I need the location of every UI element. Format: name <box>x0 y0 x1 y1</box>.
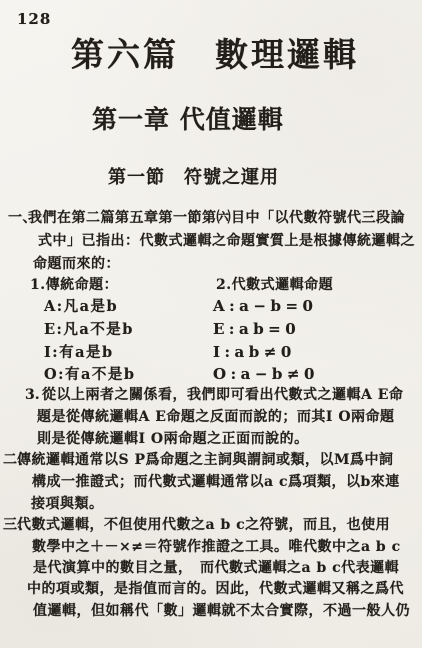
traditional-column-header: 1.傳統命題： <box>30 277 118 293</box>
list-marker-three-num: 3. <box>25 387 42 403</box>
paragraph-3-line-3: 是代演算中的數目之量， 而代數式邏輯之a b c代表邏輯 <box>33 560 399 576</box>
proposition-a-algebraic: A:a−b=0 <box>213 298 317 314</box>
part-title: 第六篇 數理邏輯 <box>71 29 359 76</box>
proposition-i-algebraic: I:ab≠0 <box>213 344 296 360</box>
page-number: 128 <box>17 10 51 28</box>
paragraph-3-line-1: 三、代數式邏輯，不但使用代數之a b c之符號，而且，也使用 <box>3 517 390 533</box>
section-title: 第一節 符號之運用 <box>108 163 279 189</box>
list-marker-san: 三、 <box>3 517 17 533</box>
proposition-a-traditional: A:凡a是b <box>44 299 118 315</box>
paragraph-1-line-2: 式中」已指出：代數式邏輯之命題實質上是根據傳統邏輯之 <box>38 233 415 249</box>
note-3-line-2: 題是從傳統邏輯A E命題之反面而說的；而其I O兩命題 <box>37 409 395 425</box>
paragraph-3-text: 代數式邏輯，不但使用代數之a b c之符號，而且，也使用 <box>17 517 390 533</box>
list-marker-two: 二、 <box>3 452 17 468</box>
proposition-i-traditional: I:有a是b <box>44 345 114 361</box>
book-page: 128 第六篇 數理邏輯 第一章 代值邏輯 第一節 符號之運用 一、我們在第二篇… <box>0 0 422 648</box>
proposition-o-algebraic: O:a−b≠0 <box>213 366 319 382</box>
proposition-e-algebraic: E:ab=0 <box>213 321 300 337</box>
paragraph-1-line-1: 一、我們在第二篇第五章第一節第㈥目中「以代數符號代三段論 <box>8 210 405 226</box>
paragraph-2-line-2: 構成一推證式；而代數式邏輯通常以a c爲項類，以b來連 <box>32 474 400 490</box>
paragraph-2-line-3: 接項與類。 <box>31 496 104 512</box>
note-3-line-1: 3.從以上兩者之關係看，我們即可看出代數式之邏輯A E命 <box>25 387 403 403</box>
paragraph-3-line-2: 數學中之＋－×≠＝符號作推證之工具。唯代數中之a b c <box>32 539 401 555</box>
paragraph-1-text: 我們在第二篇第五章第一節第㈥目中「以代數符號代三段論 <box>28 210 405 226</box>
note-3-line-3: 則是從傳統邏輯I O兩命題之正面而說的。 <box>37 431 309 447</box>
paragraph-2-line-1: 二、傳統邏輯通常以S P爲命題之主詞與謂詞或類，以M爲中詞 <box>3 452 394 468</box>
algebraic-column-header: 2.代數式邏輯命題 <box>216 277 333 293</box>
list-marker-one: 一、 <box>8 210 28 226</box>
proposition-o-traditional: O:有a不是b <box>44 367 136 383</box>
proposition-e-traditional: E:凡a不是b <box>44 322 134 338</box>
chapter-title: 第一章 代值邏輯 <box>92 100 284 136</box>
paragraph-2-text: 傳統邏輯通常以S P爲命題之主詞與謂詞或類，以M爲中詞 <box>17 452 394 468</box>
paragraph-1-line-3: 命題而來的： <box>33 256 120 272</box>
paragraph-3-line-4: 中的項或類，是指值而言的。因此，代數式邏輯又稱之爲代 <box>27 581 404 597</box>
paragraph-3-line-5: 值邏輯，但如稱代「數」邏輯就不太合實際，不過一般人仍 <box>33 603 410 619</box>
note-3-text: 從以上兩者之關係看，我們即可看出代數式之邏輯A E命 <box>42 387 403 403</box>
